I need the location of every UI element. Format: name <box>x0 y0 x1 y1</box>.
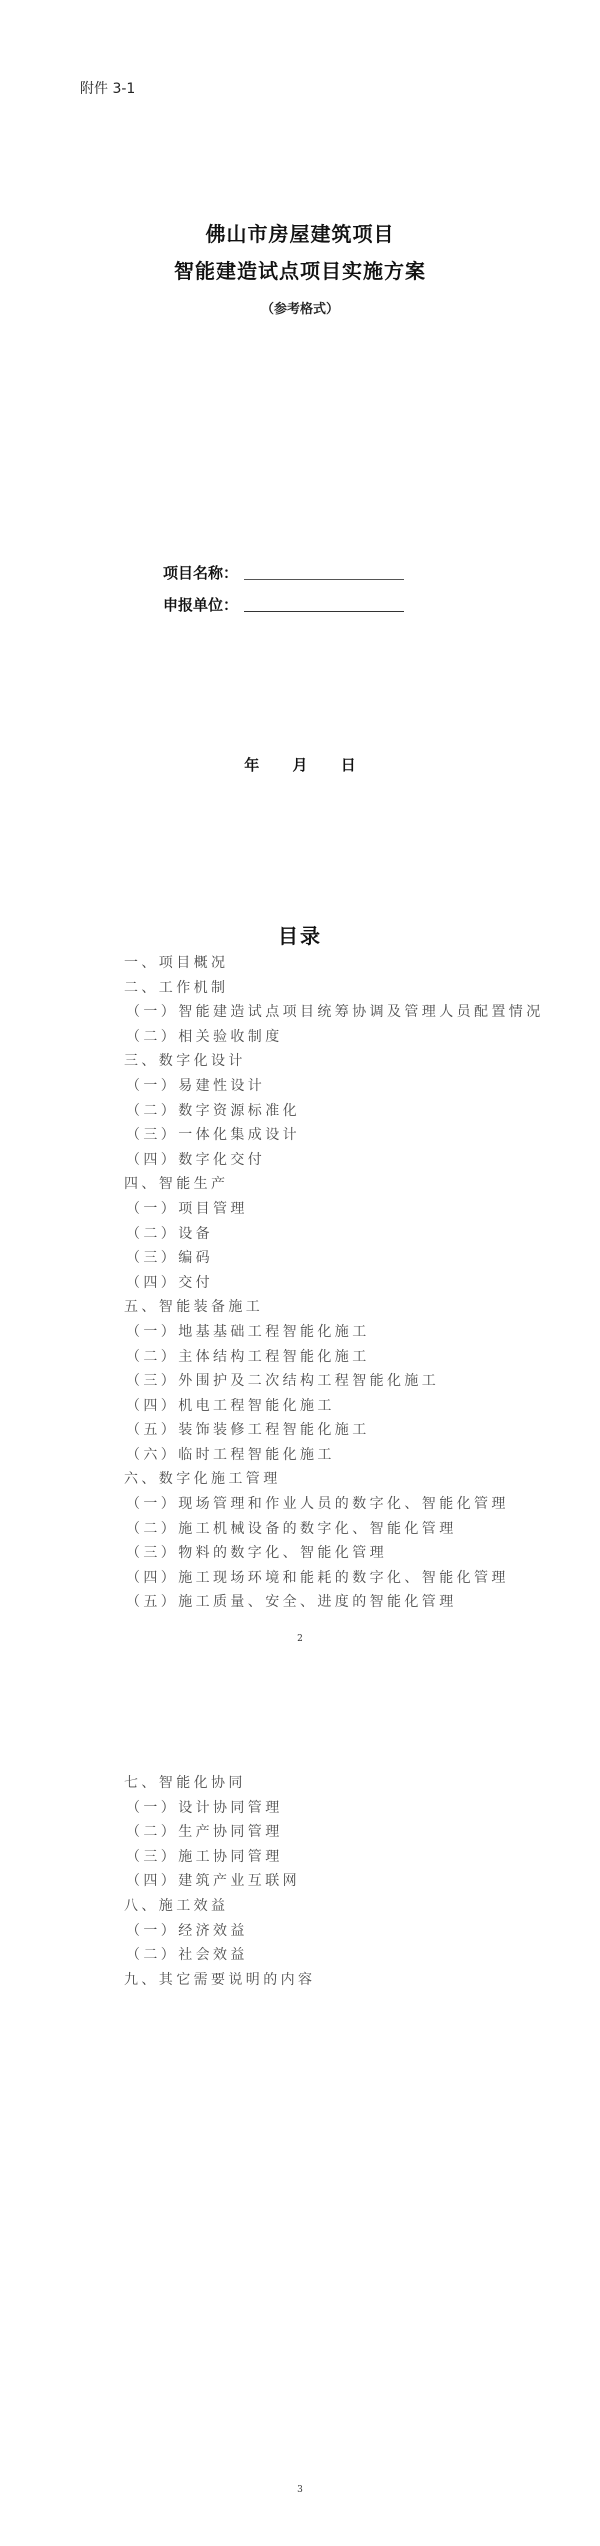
project-name-blank[interactable] <box>244 578 404 580</box>
toc-item: （一）设计协同管理 <box>126 1796 315 1821</box>
toc-item: 八、施工效益 <box>124 1894 315 1919</box>
date-line: 年 月 日 <box>0 754 600 775</box>
toc-item: （一）现场管理和作业人员的数字化、智能化管理 <box>126 1492 544 1517</box>
toc-item: （二）主体结构工程智能化施工 <box>126 1345 544 1370</box>
toc-item: （二）施工机械设备的数字化、智能化管理 <box>126 1517 544 1542</box>
toc-item: 五、智能装备施工 <box>124 1295 544 1320</box>
toc-item: （二）设备 <box>126 1222 544 1247</box>
toc-item: 七、智能化协同 <box>124 1771 315 1796</box>
applicant-unit-field: 申报单位： <box>163 594 404 615</box>
toc-title: 目录 <box>0 920 600 949</box>
toc-item: （二）生产协同管理 <box>126 1820 315 1845</box>
applicant-unit-label: 申报单位： <box>163 594 238 615</box>
toc-item: （三）外围护及二次结构工程智能化施工 <box>126 1369 544 1394</box>
toc-item: （一）地基基础工程智能化施工 <box>126 1320 544 1345</box>
toc-item: （三）物料的数字化、智能化管理 <box>126 1541 544 1566</box>
toc-item: 六、数字化施工管理 <box>124 1467 544 1492</box>
toc-item: （三）施工协同管理 <box>126 1845 315 1870</box>
toc-item: （四）施工现场环境和能耗的数字化、智能化管理 <box>126 1566 544 1591</box>
page-number: 2 <box>0 1634 600 1644</box>
applicant-unit-blank[interactable] <box>244 610 404 612</box>
project-name-label: 项目名称： <box>163 562 238 583</box>
toc-item: （二）社会效益 <box>126 1943 315 1968</box>
toc-item: （一）智能建造试点项目统筹协调及管理人员配置情况 <box>126 1000 544 1025</box>
toc-item: （一）项目管理 <box>126 1197 544 1222</box>
project-name-field: 项目名称： <box>163 562 404 583</box>
toc-item: （二）数字资源标准化 <box>126 1099 544 1124</box>
toc-item: （五）装饰装修工程智能化施工 <box>126 1418 544 1443</box>
toc-item: 四、智能生产 <box>124 1172 544 1197</box>
document-title-line1: 佛山市房屋建筑项目 <box>0 218 600 247</box>
toc-item: （四）交付 <box>126 1271 544 1296</box>
date-day: 日 <box>341 754 356 775</box>
date-year: 年 <box>244 754 259 775</box>
toc-item: 一、项目概况 <box>124 951 544 976</box>
toc-item: （四）数字化交付 <box>126 1148 544 1173</box>
toc-item: （五）施工质量、安全、进度的智能化管理 <box>126 1590 544 1615</box>
toc-item: （二）相关验收制度 <box>126 1025 544 1050</box>
toc-item: （一）易建性设计 <box>126 1074 544 1099</box>
toc-item: 三、数字化设计 <box>124 1049 544 1074</box>
date-month: 月 <box>292 754 307 775</box>
toc-item: （一）经济效益 <box>126 1919 315 1944</box>
toc-list-page2: 一、项目概况 二、工作机制 （一）智能建造试点项目统筹协调及管理人员配置情况 （… <box>124 951 544 1615</box>
toc-item: （三）编码 <box>126 1246 544 1271</box>
toc-item: 二、工作机制 <box>124 976 544 1001</box>
document-title-line2: 智能建造试点项目实施方案 <box>0 255 600 284</box>
toc-item: 九、其它需要说明的内容 <box>124 1968 315 1993</box>
document-subtitle: （参考格式） <box>0 298 600 317</box>
toc-list-page3: 七、智能化协同 （一）设计协同管理 （二）生产协同管理 （三）施工协同管理 （四… <box>124 1771 315 1992</box>
attachment-label: 附件 3-1 <box>80 78 135 98</box>
page-number: 3 <box>0 2485 600 2495</box>
toc-item: （六）临时工程智能化施工 <box>126 1443 544 1468</box>
toc-item: （四）建筑产业互联网 <box>126 1869 315 1894</box>
toc-item: （四）机电工程智能化施工 <box>126 1394 544 1419</box>
toc-item: （三）一体化集成设计 <box>126 1123 544 1148</box>
